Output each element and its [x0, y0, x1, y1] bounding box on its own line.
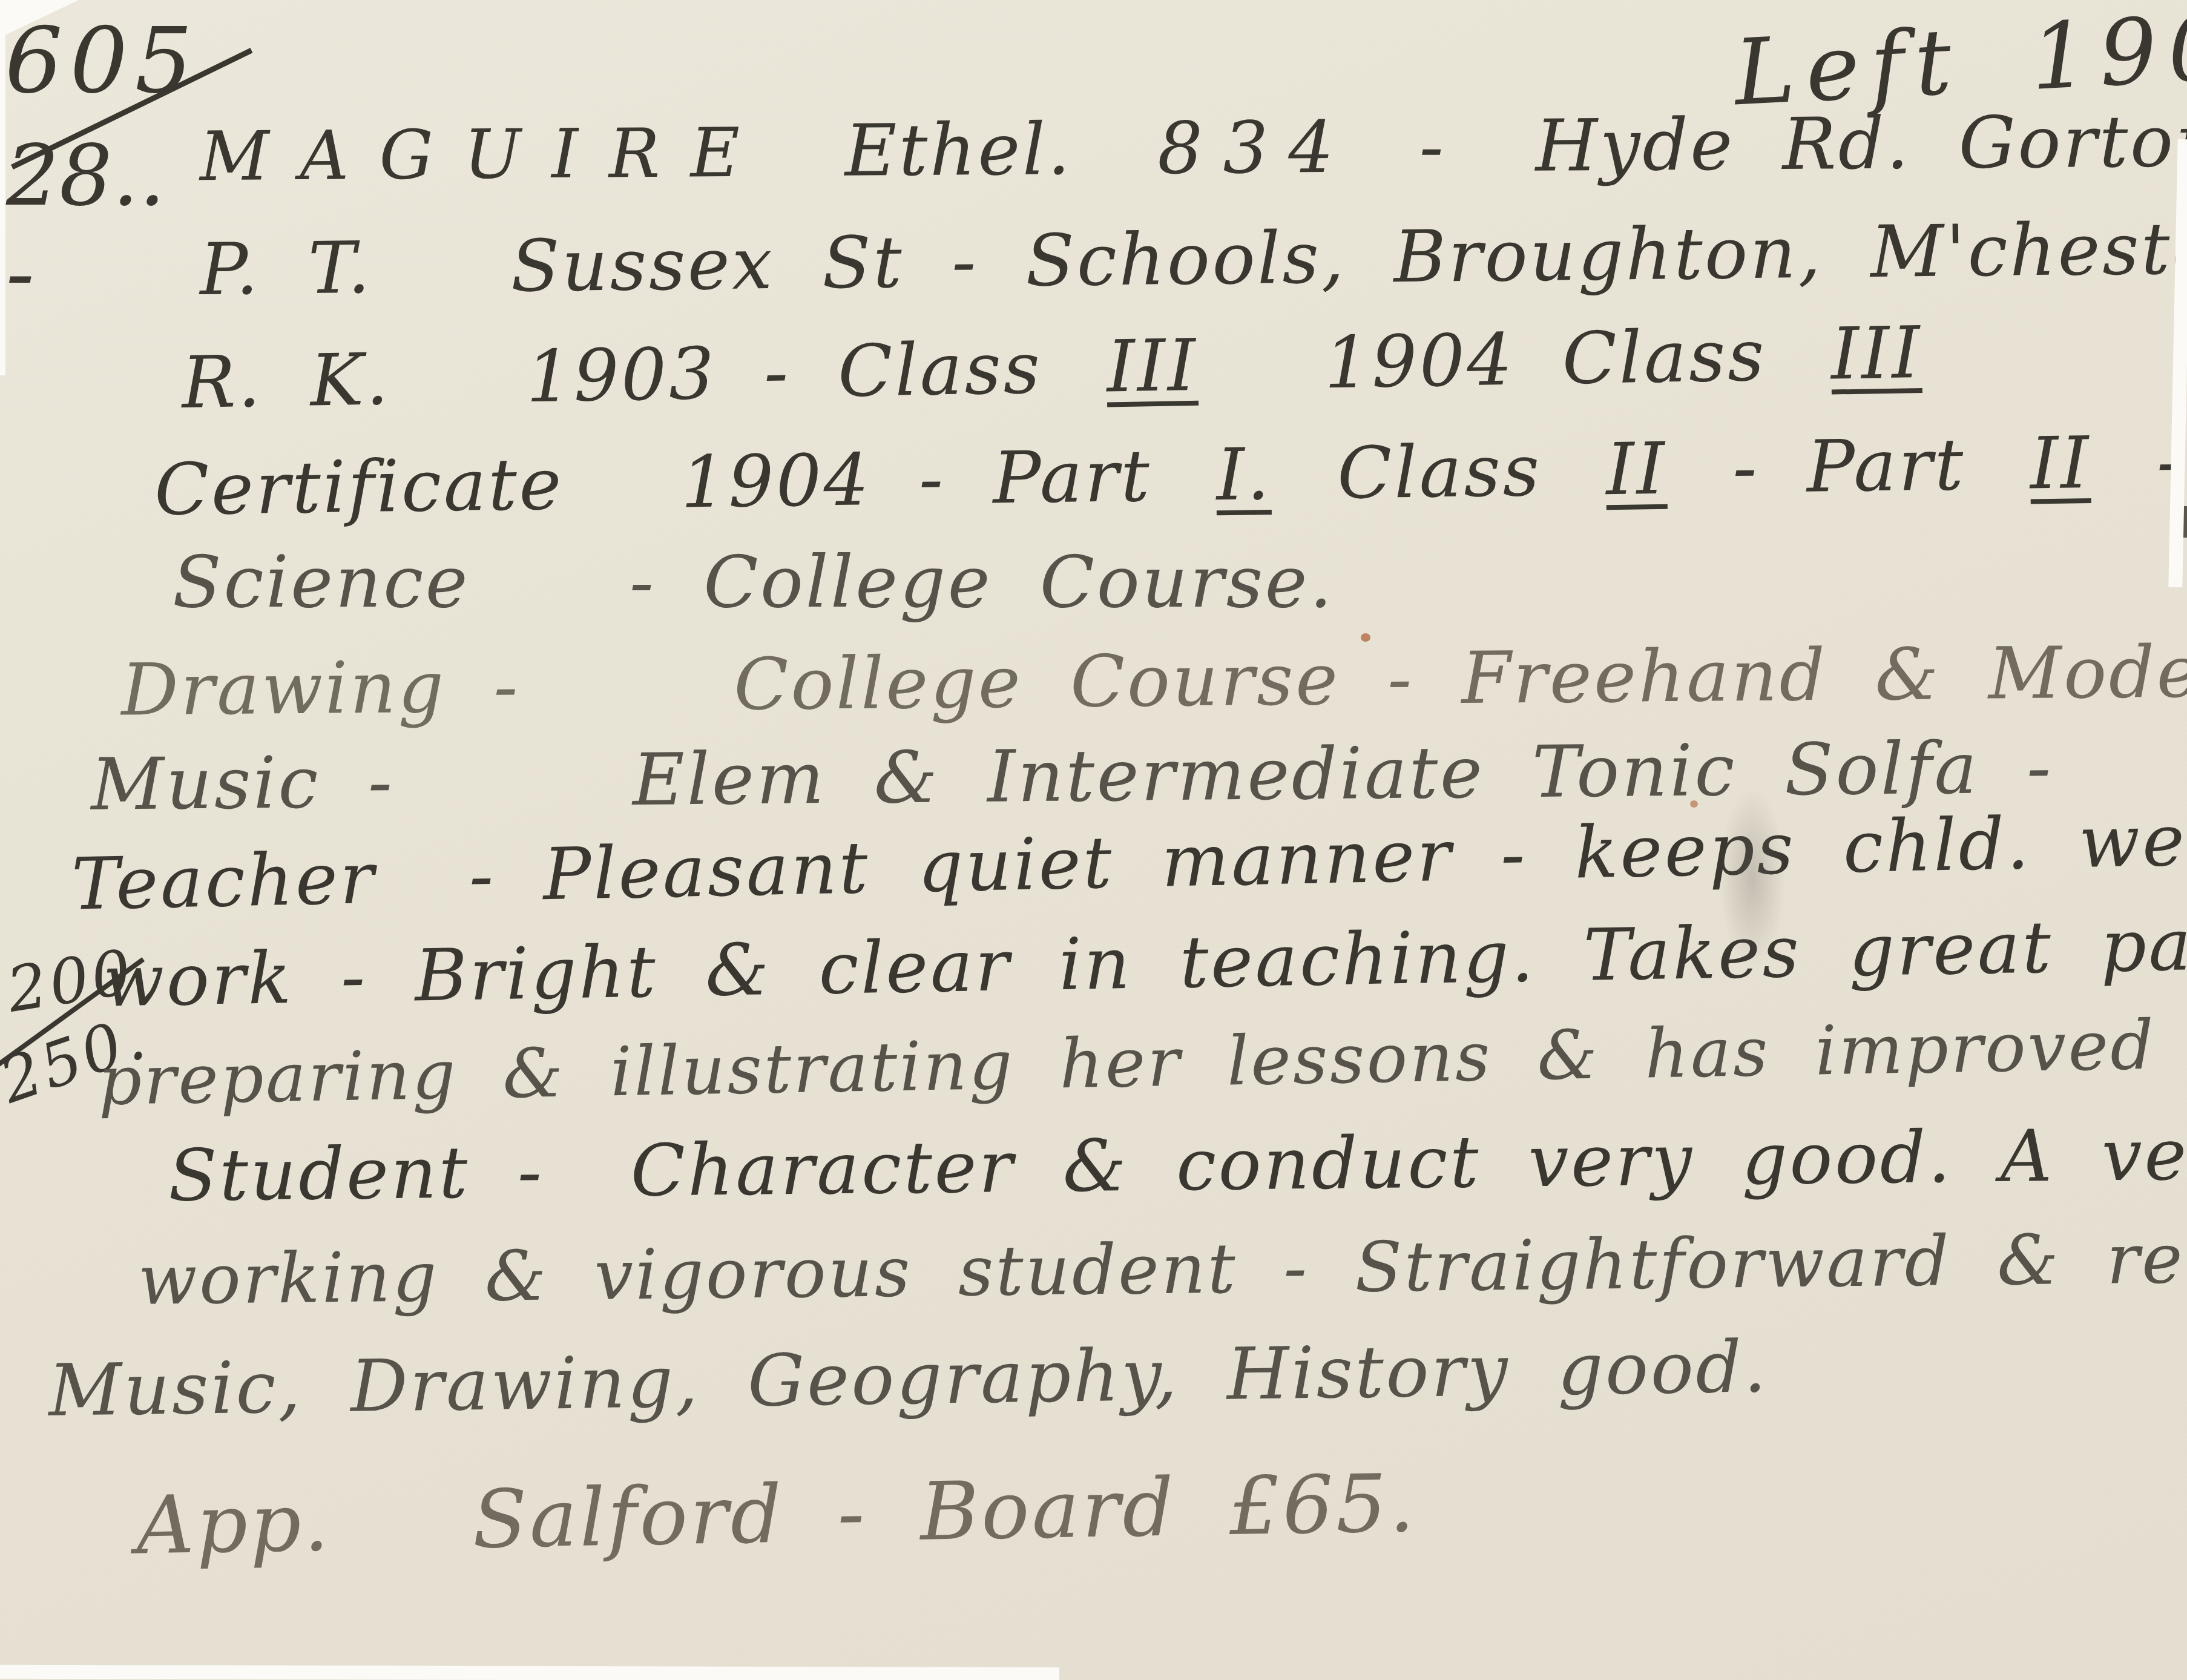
pt-value: Sussex St - Schools, Broughton, M'cheste…: [510, 206, 2187, 308]
subjects-line: Music, Drawing, Geography, History good.: [48, 1325, 1769, 1432]
student-comment-1: Character & conduct very good. A very ha…: [630, 1108, 2187, 1212]
pt-line: P. T. Sussex St - Schools, Broughton, M'…: [199, 206, 2187, 311]
certificate-part2: - Part: [1732, 423, 1966, 509]
music-label: Music -: [90, 740, 394, 826]
entry-number: 28.. -: [6, 127, 165, 322]
rk-line: R. K. 1903 - Class III 1904 Class III: [181, 311, 1922, 424]
address: Hyde Rd. Gorton, Manchester -: [1535, 95, 2187, 188]
rk-class-1904: III: [1830, 317, 1923, 395]
surname: MAGUIRE: [200, 114, 771, 197]
certificate-part1-numeral: I.: [1215, 438, 1272, 515]
scan-edge: [0, 0, 5, 375]
rk-label: R. K.: [181, 337, 391, 424]
student-comment-2: working & vigorous student - Straightfor…: [137, 1216, 2187, 1320]
science-value: - College Course.: [630, 540, 1334, 624]
teacher-line-3: preparing & illustrating her lessons & h…: [97, 1000, 2187, 1121]
rk-class-1903: III: [1106, 329, 1199, 407]
card-paper: 605 28.. - Left 1904 MAGUIRE Ethel. 834 …: [0, 0, 2187, 1680]
ink-smudge: [1719, 787, 1786, 969]
drawing-value: College Course - Freehand & Model - Clas…: [734, 627, 2187, 726]
pt-label: P. T.: [199, 226, 372, 311]
scanned-record-card: 605 28.. - Left 1904 MAGUIRE Ethel. 834 …: [0, 0, 2187, 1680]
rk-1904: 1904 Class: [1323, 313, 1767, 404]
certificate-class1: Class: [1337, 429, 1542, 515]
drawing-line: Drawing - College Course - Freehand & Mo…: [120, 626, 2187, 732]
student-line-2: working & vigorous student - Straightfor…: [137, 1216, 2187, 1320]
drawing-label: Drawing -: [120, 645, 520, 732]
student-label: Student -: [168, 1130, 544, 1217]
paper-speck: [1690, 800, 1698, 808]
rk-1903: 1903 - Class: [525, 326, 1043, 418]
subjects-note: Music, Drawing, Geography, History good.: [48, 1325, 1769, 1432]
paper-speck: [1361, 633, 1370, 642]
certificate-class1-numeral: II: [1605, 433, 1667, 510]
folio-number: 605: [5, 8, 200, 114]
house-number: 834 -: [1157, 105, 1464, 191]
science-label: Science: [173, 540, 470, 624]
certificate-line: Certificate 1904 - Part I. Class II - Pa…: [154, 414, 2187, 531]
teacher-label: Teacher: [71, 836, 377, 926]
appointment-value: Salford - Board £65.: [472, 1457, 1418, 1567]
scan-edge: [0, 1665, 1059, 1680]
certificate-part2-numeral: II: [2030, 427, 2091, 504]
name-line: MAGUIRE Ethel. 834 - Hyde Rd. Gorton, Ma…: [200, 95, 2187, 197]
teacher-comment-3: preparing & illustrating her lessons & h…: [97, 1000, 2187, 1121]
appointment-label: App.: [136, 1476, 332, 1573]
science-line: Science - College Course.: [173, 540, 1334, 624]
student-line-1: Student - Character & conduct very good.…: [168, 1108, 2187, 1217]
certificate-label: Certificate: [154, 442, 564, 531]
given-name: Ethel.: [844, 107, 1073, 193]
certificate-year-part: 1904 - Part: [680, 434, 1153, 524]
appointment-line: App. Salford - Board £65.: [136, 1457, 1418, 1573]
